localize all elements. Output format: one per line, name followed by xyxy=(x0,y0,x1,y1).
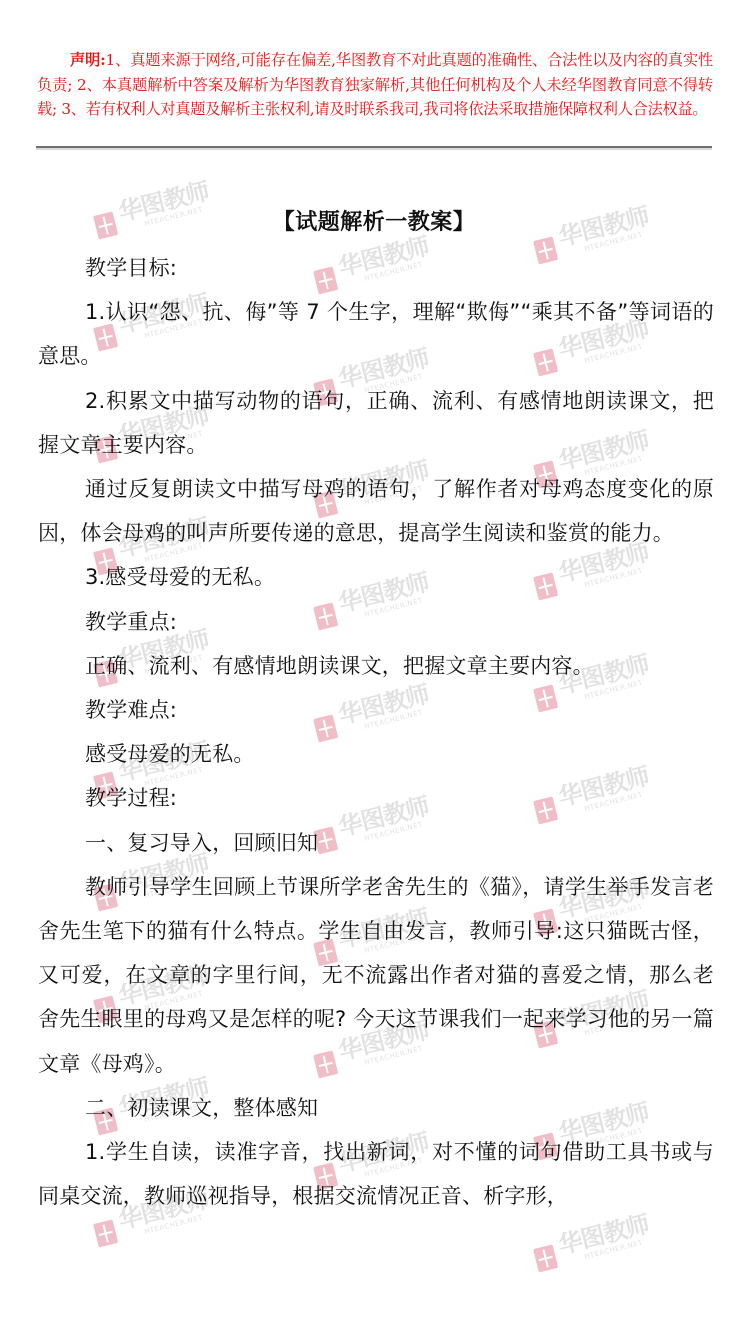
disclaimer-notice: 声明:1、真题来源于网络,可能存在偏差,华图教育不对此真题的准确性、合法性以及内… xyxy=(37,48,713,122)
section-1-text: 教师引导学生回顾上节课所学老舍先生的《猫》，请学生举手发言老舍先生笔下的猫有什么… xyxy=(38,865,714,1086)
heading-teaching-goals: 教学目标: xyxy=(38,246,714,290)
section-2-heading: 二、初读课文，整体感知 xyxy=(38,1086,714,1130)
heading-key-points: 教学重点: xyxy=(38,600,714,644)
header-divider xyxy=(36,146,712,148)
heading-difficulties: 教学难点: xyxy=(38,688,714,732)
goal-3: 3.感受母爱的无私。 xyxy=(38,555,714,599)
section-1-heading: 一、复习导入，回顾旧知 xyxy=(38,821,714,865)
goal-2: 2.积累文中描写动物的语句，正确、流利、有感情地朗读课文，把握文章主要内容。 xyxy=(38,379,714,467)
document-title: 【试题解析一教案】 xyxy=(0,207,748,239)
heading-teaching-process: 教学过程: xyxy=(38,776,714,820)
difficulties-text: 感受母爱的无私。 xyxy=(38,732,714,776)
huatu-logo-icon xyxy=(533,1244,558,1272)
goal-2-detail: 通过反复朗读文中描写母鸡的语句，了解作者对母鸡态度变化的原因，体会母鸡的叫声所要… xyxy=(38,467,714,555)
key-points-text: 正确、流利、有感情地朗读课文，把握文章主要内容。 xyxy=(38,644,714,688)
section-2-step-1: 1.学生自读，读准字音，找出新词，对不懂的词句借助工具书或与同桌交流，教师巡视指… xyxy=(38,1130,714,1218)
watermark-subtext: HTEACHER.NET xyxy=(584,1239,644,1261)
disclaimer-lead: 声明: xyxy=(70,51,106,69)
huatu-logo-icon xyxy=(93,1219,118,1247)
document-body: 教学目标: 1.认识“怨、抗、侮”等 7 个生字，理解“欺侮”“乘其不备”等词语… xyxy=(38,246,714,1218)
goal-1: 1.认识“怨、抗、侮”等 7 个生字，理解“欺侮”“乘其不备”等词语的意思。 xyxy=(38,290,714,378)
disclaimer-text: 1、真题来源于网络,可能存在偏差,华图教育不对此真题的准确性、合法性以及内容的真… xyxy=(37,51,713,118)
document-page: 华图教师HTEACHER.NET华图教师HTEACHER.NET华图教师HTEA… xyxy=(0,0,748,1335)
